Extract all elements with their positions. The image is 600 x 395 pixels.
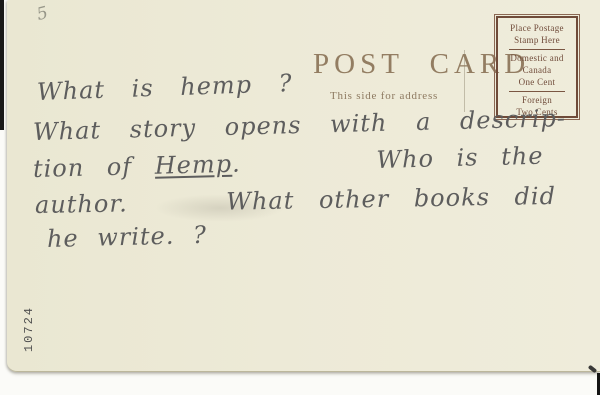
- postcard: POST CARD This side for address Place Po…: [7, 0, 600, 372]
- handwriting-line-5: he write. ?: [47, 221, 208, 253]
- handwriting-line-2: What story opens with a descrip-: [33, 104, 567, 146]
- handwriting-line-3-pre: tion of: [33, 152, 156, 183]
- handwriting-line-3-post: . Who is the: [232, 142, 544, 178]
- scan-edge-artifact-left: [0, 0, 4, 130]
- handwritten-message: 5 What is hemp ? What story opens with a…: [7, 0, 600, 371]
- serial-number: 10724: [22, 305, 36, 353]
- hemp-underlined-word: Hemp: [154, 150, 232, 180]
- pencil-corner-mark: 5: [35, 3, 50, 25]
- handwriting-line-1: What is hemp ?: [37, 69, 293, 106]
- scan-background: POST CARD This side for address Place Po…: [0, 0, 600, 395]
- handwriting-line-3: tion of Hemp. Who is the: [33, 142, 544, 183]
- handwriting-line-4: author. What other books did: [35, 182, 556, 219]
